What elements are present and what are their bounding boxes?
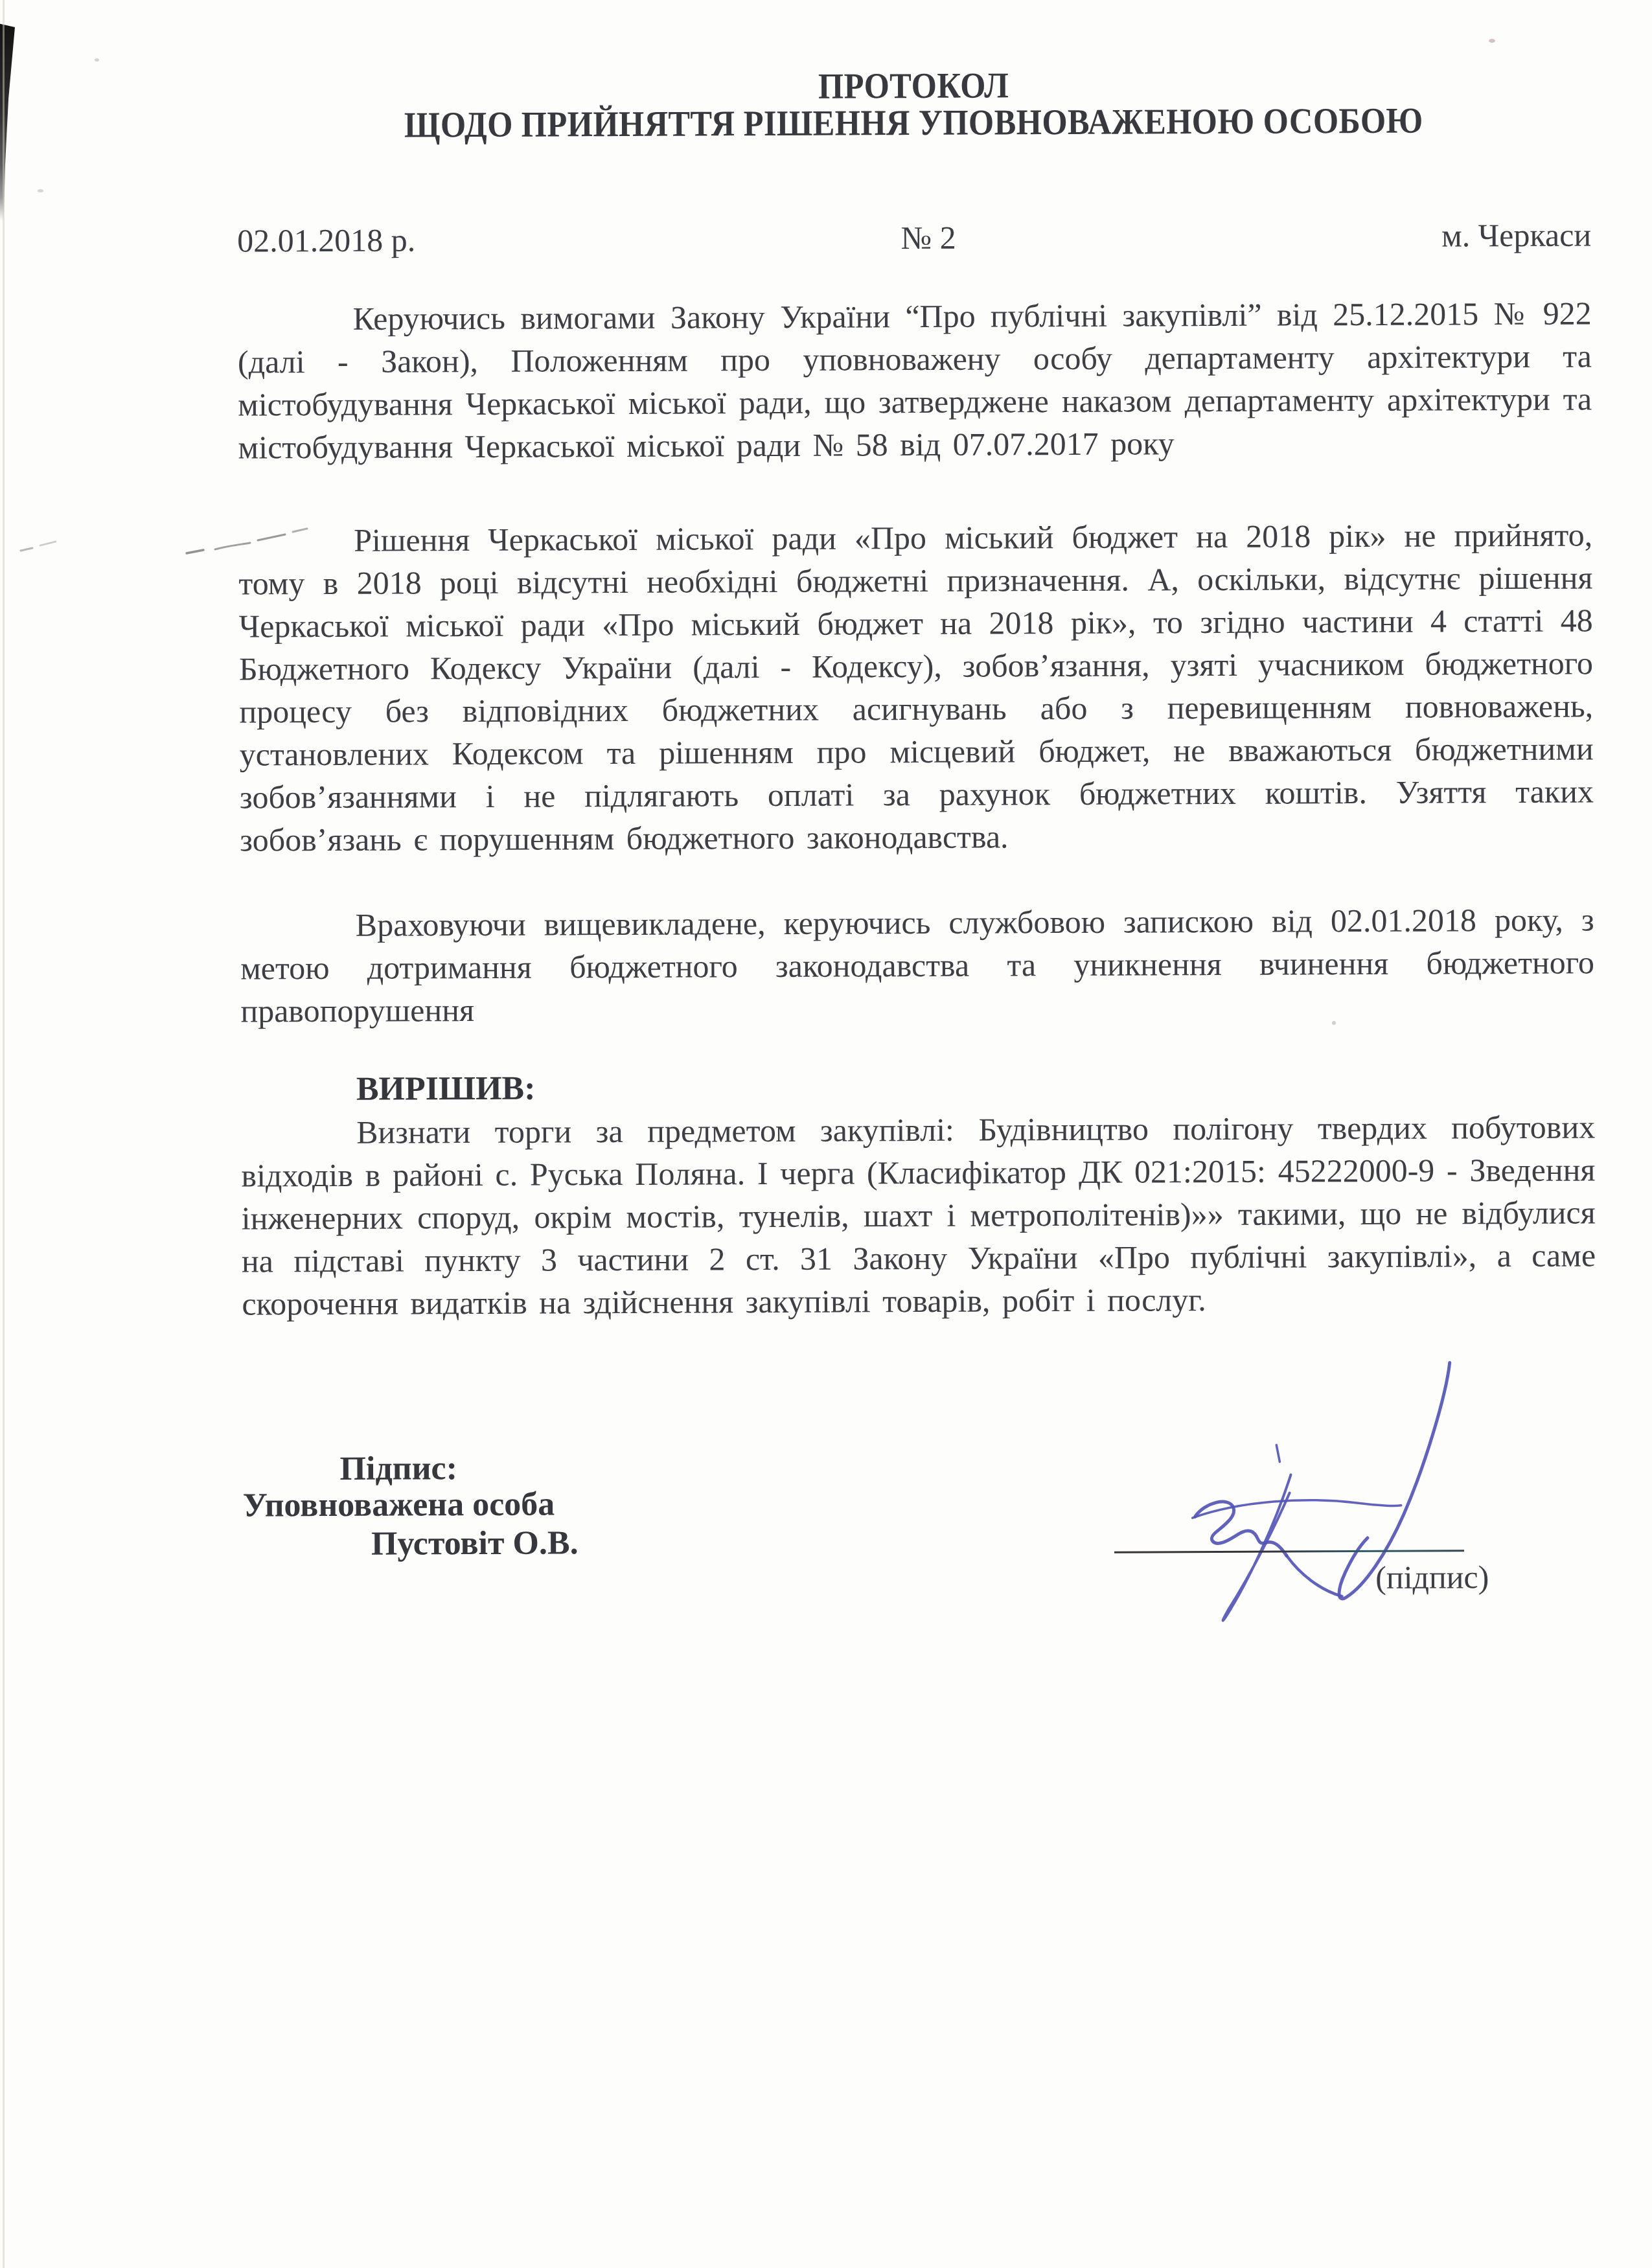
scanned-protocol-page: ПРОТОКОЛ ЩОДО ПРИЙНЯТТЯ РІШЕННЯ УПОВНОВА…: [0, 0, 1652, 2268]
pen-mark-artifact-left: [18, 536, 63, 556]
signature-section: Підпис: Уповноважена особа Пустовіт О.В.…: [242, 1445, 1598, 1788]
paragraph-budget-situation: Рішення Черкаської міської ради «Про міс…: [238, 513, 1594, 861]
resolution-heading: ВИРІШИВ:: [241, 1062, 1595, 1111]
document-content: ПРОТОКОЛ ЩОДО ПРИЙНЯТТЯ РІШЕННЯ УПОВНОВА…: [236, 65, 1598, 1788]
title-line-2: ЩОДО ПРИЙНЯТТЯ РІШЕННЯ УПОВНОВАЖЕНОЮ ОСО…: [304, 102, 1523, 144]
protocol-city: м. Черкаси: [1441, 216, 1591, 253]
signature-caption: (підпис): [1375, 1557, 1489, 1597]
paragraph-resolution: Визнати торги за предметом закупівлі: Бу…: [241, 1105, 1596, 1325]
paragraph-legal-basis: Керуючись вимогами Закону України “Про п…: [238, 292, 1592, 468]
handwritten-signature: [1188, 1358, 1474, 1645]
scan-speck: [1489, 39, 1495, 43]
protocol-date: 02.01.2018 р.: [237, 222, 415, 258]
scan-speck: [38, 189, 43, 192]
scan-speck: [95, 58, 99, 62]
document-title: ПРОТОКОЛ ЩОДО ПРИЙНЯТТЯ РІШЕННЯ УПОВНОВА…: [304, 65, 1523, 144]
protocol-number: № 2: [901, 220, 956, 256]
paragraph-considering: Враховуючи вищевикладене, керуючись служ…: [240, 898, 1595, 1032]
scan-edge-line: [3, 0, 5, 2268]
document-meta-row: 02.01.2018 р. № 2 м. Черкаси: [237, 216, 1591, 258]
